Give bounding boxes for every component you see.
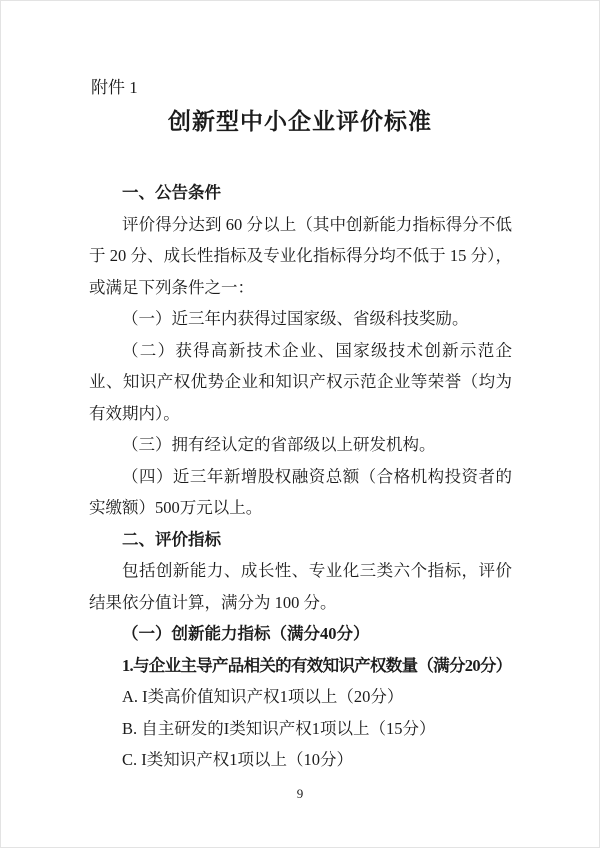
para-condition-4: （四）近三年新增股权融资总额（合格机构投资者的实缴额）500万元以上。: [89, 461, 512, 524]
para-condition-3: （三）拥有经认定的省部级以上研发机构。: [89, 429, 512, 461]
document-title: 创新型中小企业评价标准: [1, 107, 599, 137]
subheading-ip-quantity: 1.与企业主导产品相关的有效知识产权数量（满分20分）: [89, 650, 512, 682]
document-body: 一、公告条件 评价得分达到 60 分以上（其中创新能力指标得分不低于 20 分、…: [89, 177, 512, 776]
document-page: 附件 1 创新型中小企业评价标准 一、公告条件 评价得分达到 60 分以上（其中…: [0, 0, 600, 848]
option-a-high-value-ip: A. I类高价值知识产权1项以上（20分）: [89, 681, 512, 713]
para-score-threshold: 评价得分达到 60 分以上（其中创新能力指标得分不低于 20 分、成长性指标及专…: [89, 209, 512, 304]
subheading-innovation-capability: （一）创新能力指标（满分40分）: [89, 618, 512, 650]
attachment-label: 附件 1: [91, 77, 599, 99]
option-c-class1-ip: C. I类知识产权1项以上（10分）: [89, 744, 512, 776]
page-number: 9: [1, 787, 599, 801]
heading-announcement-conditions: 一、公告条件: [89, 177, 512, 209]
para-condition-2: （二）获得高新技术企业、国家级技术创新示范企业、知识产权优势企业和知识产权示范企…: [89, 335, 512, 430]
para-condition-1: （一）近三年内获得过国家级、省级科技奖励。: [89, 303, 512, 335]
heading-evaluation-indicators: 二、评价指标: [89, 524, 512, 556]
option-b-self-developed-ip: B. 自主研发的I类知识产权1项以上（15分）: [89, 713, 512, 745]
para-indicator-overview: 包括创新能力、成长性、专业化三类六个指标，评价结果依分值计算，满分为 100 分…: [89, 555, 512, 618]
